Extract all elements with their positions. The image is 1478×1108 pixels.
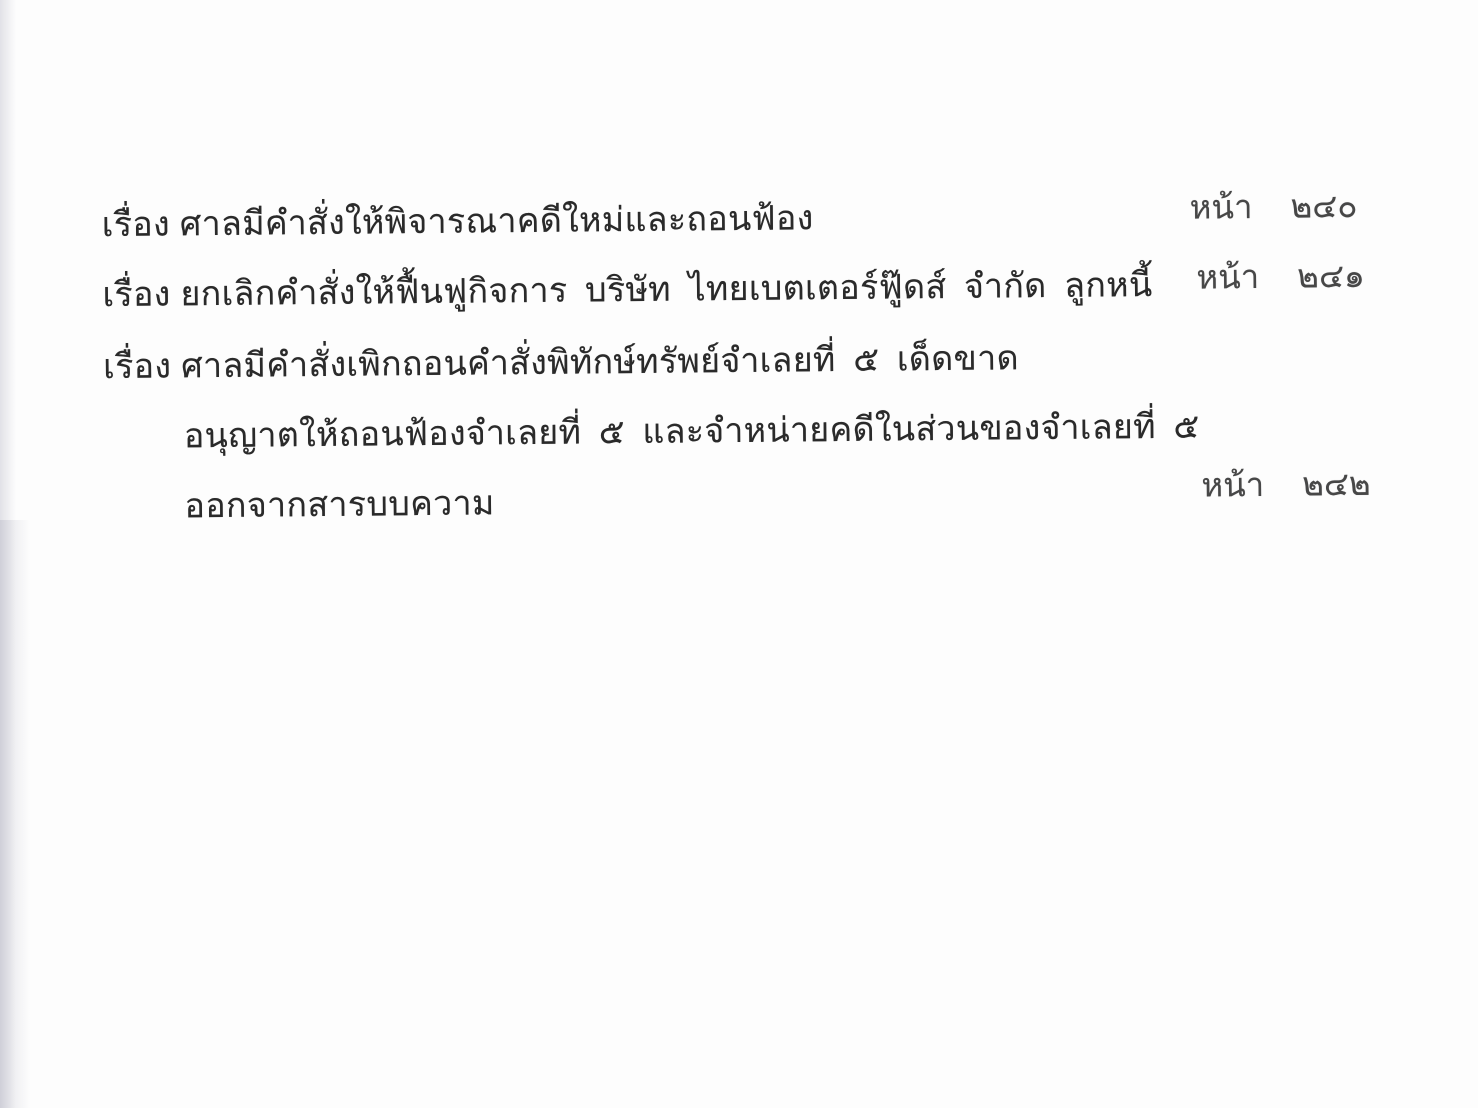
toc-entry-label: เรื่อง xyxy=(102,271,171,319)
page-ref-label: หน้า xyxy=(1196,255,1259,302)
page-ref-label: หน้า xyxy=(1189,185,1252,232)
toc-entry-title: ศาลมีคำสั่งให้พิจารณาคดีใหม่และถอนฟ้อง xyxy=(180,195,814,249)
page-ref-number: ๒๔๑ xyxy=(1297,254,1365,301)
toc-entry-label: เรื่อง xyxy=(102,201,171,249)
page-ref-number: ๒๔๒ xyxy=(1302,462,1371,509)
toc-entry-title-line: ศาลมีคำสั่งเพิกถอนคำสั่งพิทักษ์ทรัพย์จำเ… xyxy=(181,335,1019,391)
page-ref-label: หน้า xyxy=(1201,463,1264,510)
page-reference: หน้า ๒๔๑ xyxy=(1196,254,1365,302)
toc-entry-title-line: อนุญาตให้ถอนฟ้องจำเลยที่ ๕ และจำหน่ายคดี… xyxy=(184,404,1200,461)
document-page: เรื่อง ศาลมีคำสั่งให้พิจารณาคดีใหม่และถอ… xyxy=(0,0,1478,1108)
page-reference: หน้า ๒๔๒ xyxy=(1201,462,1371,510)
page-ref-number: ๒๔๐ xyxy=(1290,184,1357,231)
toc-entry-title: ยกเลิกคำสั่งให้ฟื้นฟูกิจการ บริษัท ไทยเบ… xyxy=(180,262,1152,319)
toc-entry-label: เรื่อง xyxy=(103,343,172,391)
toc-content: เรื่อง ศาลมีคำสั่งให้พิจารณาคดีใหม่และถอ… xyxy=(0,0,1478,1108)
page-reference: หน้า ๒๔๐ xyxy=(1189,184,1357,232)
toc-entry-title-line: ออกจากสารบบความ xyxy=(184,480,495,531)
